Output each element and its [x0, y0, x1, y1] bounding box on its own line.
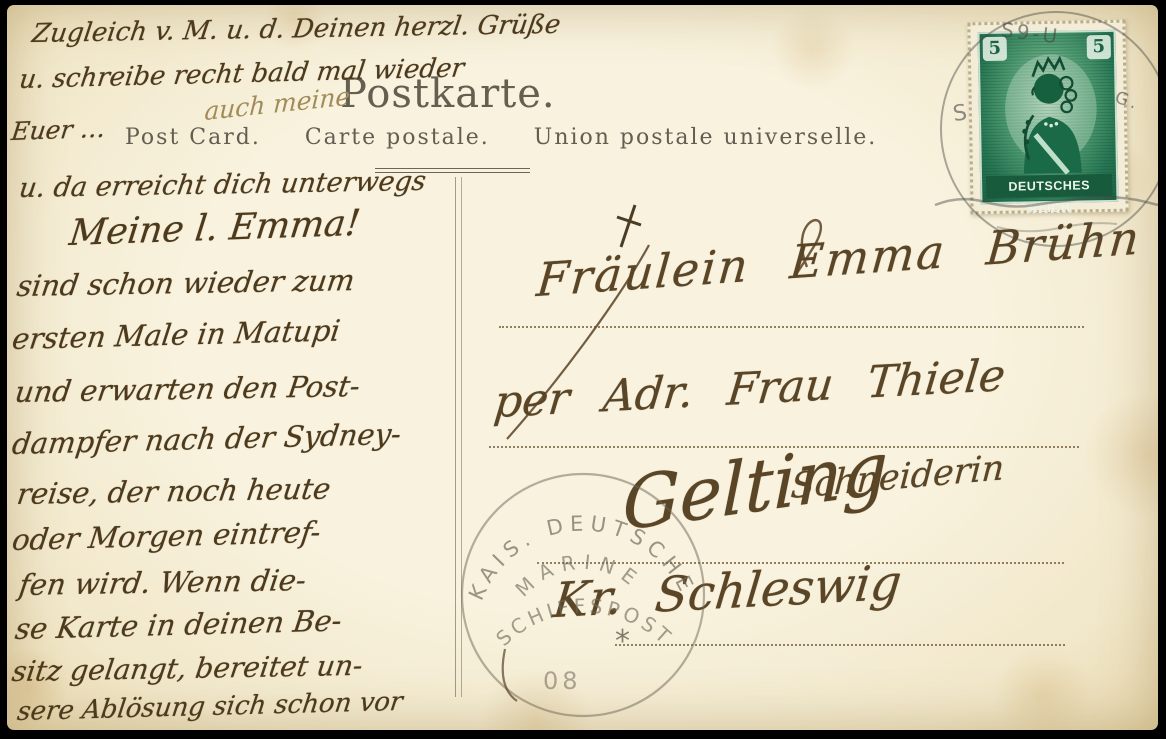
message-line: dampfer nach der Sydney- — [12, 417, 401, 461]
postcard-scan: Postkarte. Post Card. Carte postale. Uni… — [0, 0, 1166, 739]
cancel-fragment: S — [951, 100, 971, 127]
postmark-star: * — [615, 624, 630, 659]
printed-sublabel-carte: Carte postale. — [305, 125, 490, 150]
message-top-line: Euer … — [11, 114, 106, 146]
message-line: ersten Male in Matupi — [12, 313, 340, 356]
message-line: u. da erreicht dich unterwegs — [19, 166, 426, 204]
printed-subtitle-row: Post Card. Carte postale. Union postale … — [125, 125, 877, 150]
address-line-care-of: per Adr. Frau Thiele — [493, 350, 1006, 428]
svg-text:SCHIFFSPOST: SCHIFFSPOST — [491, 594, 678, 651]
marine-ship-postmark: KAIS. DEUTSCHE MARINE SCHIFFSPOST 08 * — [457, 467, 709, 719]
postcard: Postkarte. Post Card. Carte postale. Uni… — [7, 5, 1158, 730]
message-line: sere Ablösung sich schon vor — [17, 687, 403, 727]
printed-sublabel-postcard: Post Card. — [125, 125, 261, 150]
message-line: Meine l. Emma! — [69, 203, 361, 254]
message-line: reise, der noch heute — [17, 472, 331, 511]
message-line: fen wird. Wenn die- — [19, 563, 306, 602]
message-line: sind schon wieder zum — [17, 263, 355, 303]
message-line: oder Morgen eintref- — [12, 515, 321, 557]
postmark-arc-low: SCHIFFSPOST — [491, 594, 678, 651]
message-top-line: Zugleich v. M. u. d. Deinen herzl. Grüße — [32, 10, 561, 49]
message-line: se Karte in deinen Be- — [15, 603, 342, 646]
address-dotted-line-1 — [499, 326, 1084, 328]
postmark-date: 08 — [543, 667, 582, 695]
message-line: und erwarten den Post- — [15, 369, 360, 409]
svg-text:MARINE: MARINE — [510, 549, 647, 601]
postmark-arc-mid: MARINE — [510, 549, 647, 601]
ink-flourish — [617, 205, 641, 247]
printed-sublabel-upu: Union postale universelle. — [534, 125, 878, 150]
message-line: sitz gelangt, bereitet un- — [12, 649, 363, 688]
